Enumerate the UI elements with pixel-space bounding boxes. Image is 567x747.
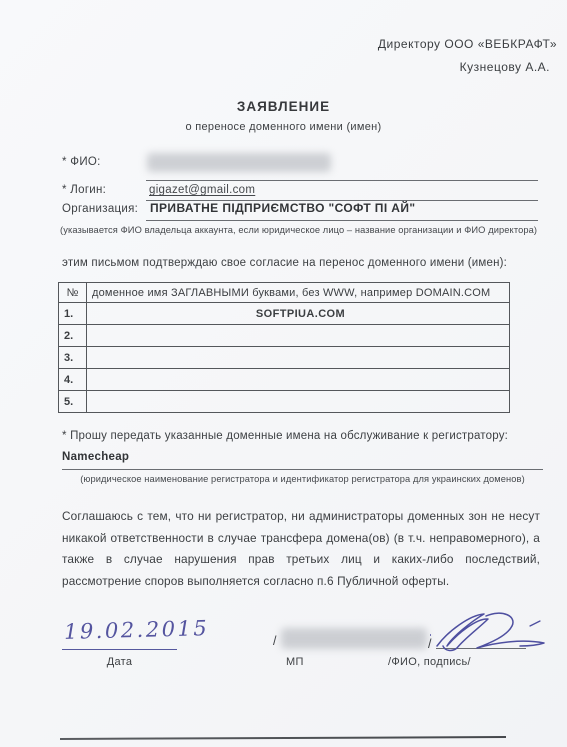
document-subtitle: о переносе доменного имени (имен) [0,121,567,133]
recipient-line-2: Кузнецову А.А. [460,60,550,74]
fio-value-redacted [147,153,331,172]
organization-note: (указывается ФИО владельца аккаунта, есл… [60,225,537,235]
date-handwritten-value: 19.02.2015 [64,616,210,644]
row-number: 2. [59,325,87,347]
registrar-name: Namecheap [62,451,129,463]
column-number-header: № [59,283,87,303]
login-label: * Логин: [62,184,106,196]
domain-cell [87,325,510,347]
document-title: ЗАЯВЛЕНИЕ [0,99,567,114]
domain-cell [87,391,510,413]
recipient-line-1: Директору ООО «ВЕБКРАФТ» [378,37,557,51]
table-row: 5. [59,391,510,413]
row-number: 1. [59,303,87,325]
domain-cell [87,369,510,391]
consent-statement: этим письмом подтверждаю свое согласие н… [62,257,507,269]
mp-label: МП [286,656,304,668]
table-row: 1. SOFTPIUA.COM [59,303,510,325]
signature-scribble [430,609,558,655]
row-number: 3. [59,347,87,369]
organization-label: Организация: [62,203,138,215]
fio-label: * ФИО: [62,156,101,168]
scan-edge-artifact [60,736,506,740]
table-row: 3. [59,347,510,369]
domain-cell: SOFTPIUA.COM [87,303,510,325]
domains-table: № доменное имя ЗАГЛАВНЫМИ буквами, без W… [58,282,510,413]
organization-field-line [146,220,538,221]
column-domain-header: доменное имя ЗАГЛАВНЫМИ буквами, без WWW… [87,283,510,303]
domains-table-header-row: № доменное имя ЗАГЛАВНЫМИ буквами, без W… [59,283,510,303]
table-row: 2. [59,325,510,347]
table-row: 4. [59,369,510,391]
fio-signature-label: /ФИО, подпись/ [388,656,471,668]
registrar-field-line [62,469,543,470]
row-number: 4. [59,369,87,391]
organization-value: ПРИВАТНЕ ПІДПРИЄМСТВО "СОФТ ПІ АЙ" [150,201,415,215]
registrar-note: (юридическое наименование регистратора и… [62,474,543,484]
registrar-request-line: * Прошу передать указанные доменные имен… [62,430,508,442]
left-slash: / [273,634,276,648]
agreement-paragraph: Соглашаюсь с тем, что ни регистратор, ни… [62,506,540,592]
fio-field-line [146,180,538,181]
domain-cell [87,347,510,369]
stamp-name-redacted [281,628,427,649]
scanned-application-page: Директору ООО «ВЕБКРАФТ» Кузнецову А.А. … [0,0,567,747]
date-label: Дата [62,656,177,668]
date-underline [62,649,177,650]
row-number: 5. [59,391,87,413]
login-email-value: gigazet@gmail.com [149,184,255,196]
